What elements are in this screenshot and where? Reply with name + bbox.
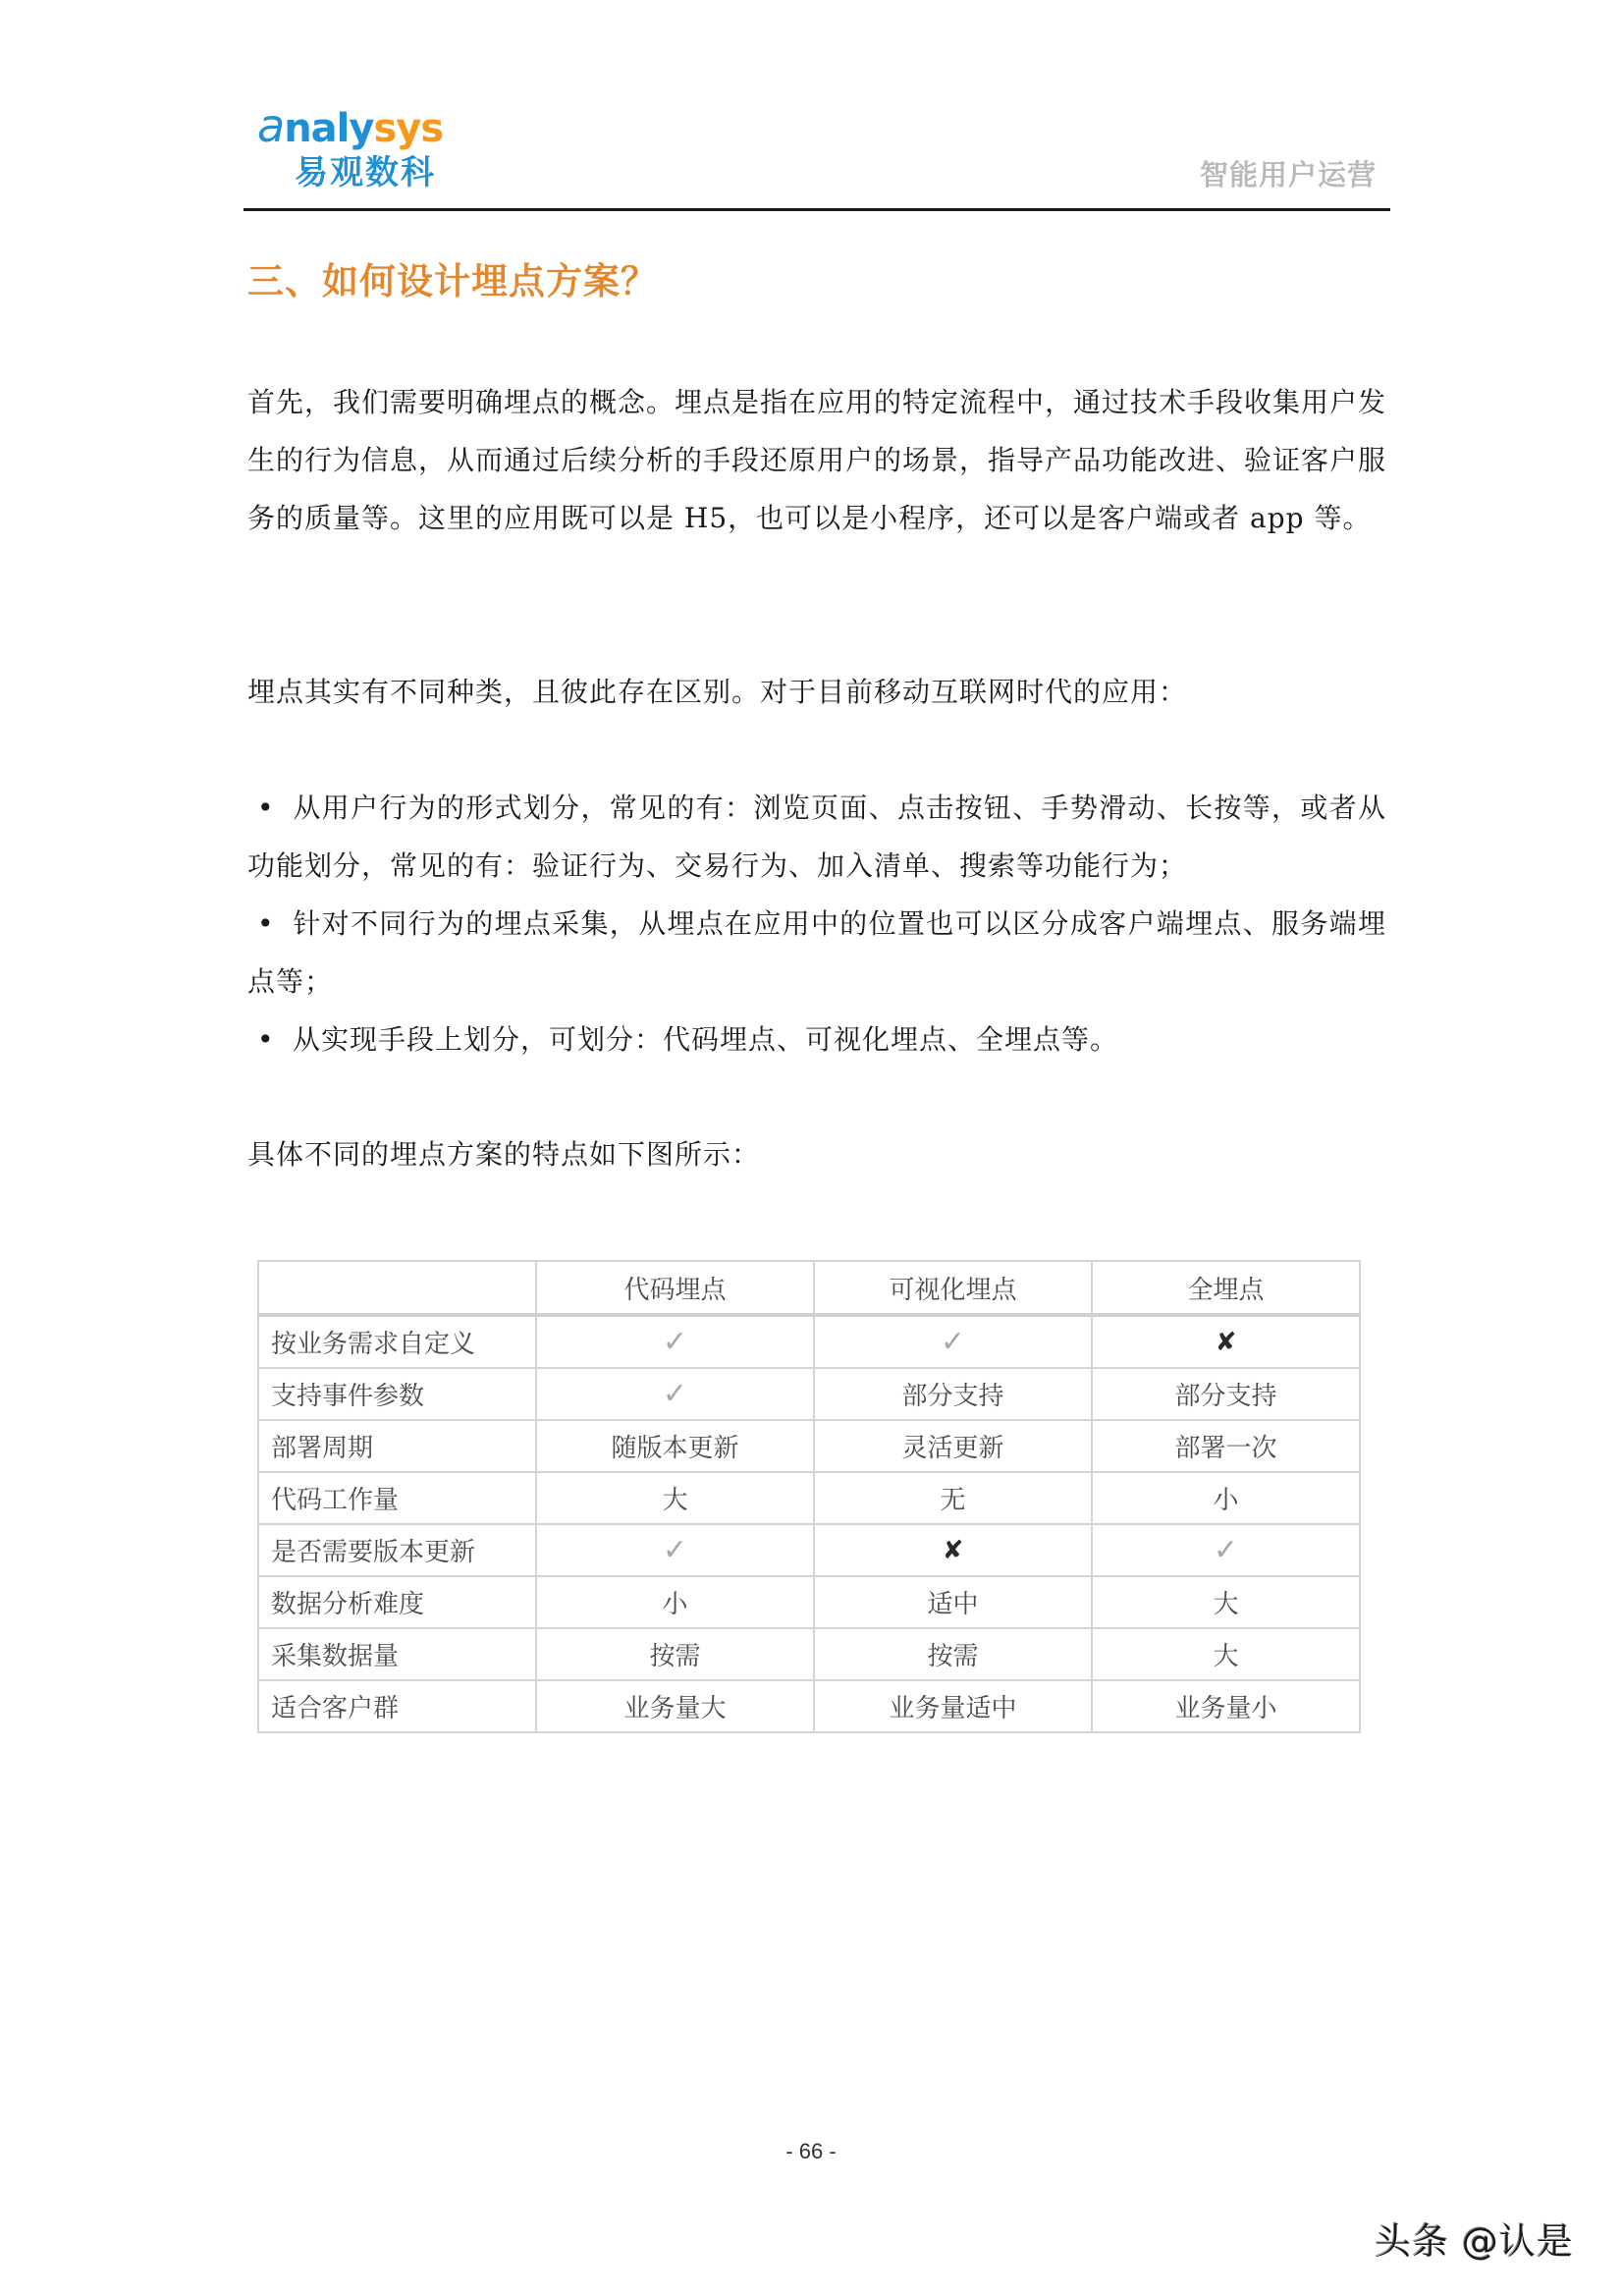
cross-icon: ✘ [1216, 1328, 1237, 1357]
logo-chinese-name: 易观数科 [295, 153, 436, 192]
logo-swoosh-a: a [257, 99, 284, 152]
page-header: analysys 易观数科 智能用户运营 [243, 94, 1390, 212]
table-row: 支持事件参数 ✓ 部分支持 部分支持 [258, 1368, 1360, 1420]
list-item-text: 从实现手段上划分，可划分：代码埋点、可视化埋点、全埋点等。 [293, 1023, 1118, 1056]
logo-wordmark-orange: sys [373, 106, 443, 151]
table-cell: ✓ [536, 1368, 814, 1420]
table-row: 采集数据量 按需 按需 大 [258, 1628, 1360, 1680]
check-icon: ✓ [663, 1377, 687, 1411]
table-cell: 部分支持 [1092, 1368, 1360, 1420]
table-row: 部署周期 随版本更新 灵活更新 部署一次 [258, 1420, 1360, 1472]
table-cell: 按需 [814, 1628, 1092, 1680]
table-cell: 小 [1092, 1472, 1360, 1524]
table-header-row: 代码埋点 可视化埋点 全埋点 [258, 1261, 1360, 1315]
table-row: 代码工作量 大 无 小 [258, 1472, 1360, 1524]
table-cell: ✓ [536, 1524, 814, 1576]
analysys-logo: analysys 易观数科 [257, 102, 454, 204]
table-cell: 按需 [536, 1628, 814, 1680]
cross-icon: ✘ [943, 1536, 964, 1565]
page-number: - 66 - [0, 2139, 1622, 2164]
table-cell: 部署一次 [1092, 1420, 1360, 1472]
column-header-empty [258, 1261, 536, 1315]
tracking-comparison-table: 代码埋点 可视化埋点 全埋点 按业务需求自定义 ✓ ✓ ✘ 支持事件参数 ✓ 部… [257, 1260, 1361, 1733]
source-watermark: 头条 @认是 [1375, 2212, 1574, 2265]
bullet-icon: • [247, 895, 293, 953]
table-cell: 适中 [814, 1576, 1092, 1628]
list-item: •针对不同行为的埋点采集，从埋点在应用中的位置也可以区分成客户端埋点、服务端埋点… [247, 895, 1386, 1011]
table-row: 是否需要版本更新 ✓ ✘ ✓ [258, 1524, 1360, 1576]
table-row: 按业务需求自定义 ✓ ✓ ✘ [258, 1315, 1360, 1368]
table-cell: ✘ [814, 1524, 1092, 1576]
column-header-visual-tracking: 可视化埋点 [814, 1261, 1092, 1315]
table-cell: 业务量小 [1092, 1680, 1360, 1732]
table-cell: 小 [536, 1576, 814, 1628]
table-cell: 大 [536, 1472, 814, 1524]
row-label: 支持事件参数 [258, 1368, 536, 1420]
logo-wordmark: analysys [257, 102, 443, 152]
section-title: 三、如何设计埋点方案？ [247, 257, 658, 306]
table-cell: 随版本更新 [536, 1420, 814, 1472]
table-cell: 大 [1092, 1576, 1360, 1628]
row-label: 采集数据量 [258, 1628, 536, 1680]
table-cell: 业务量适中 [814, 1680, 1092, 1732]
row-label: 是否需要版本更新 [258, 1524, 536, 1576]
row-label: 适合客户群 [258, 1680, 536, 1732]
row-label: 代码工作量 [258, 1472, 536, 1524]
list-item-text: 针对不同行为的埋点采集，从埋点在应用中的位置也可以区分成客户端埋点、服务端埋点等… [247, 907, 1386, 998]
bullet-icon: • [247, 1011, 293, 1068]
table-cell: 部分支持 [814, 1368, 1092, 1420]
table-intro-paragraph: 具体不同的埋点方案的特点如下图所示： [247, 1125, 1386, 1183]
list-item: •从用户行为的形式划分，常见的有：浏览页面、点击按钮、手势滑动、长按等，或者从功… [247, 779, 1386, 895]
table-row: 数据分析难度 小 适中 大 [258, 1576, 1360, 1628]
table-cell: 灵活更新 [814, 1420, 1092, 1472]
table-cell: ✓ [1092, 1524, 1360, 1576]
logo-wordmark-blue: naly [284, 106, 373, 151]
column-header-code-tracking: 代码埋点 [536, 1261, 814, 1315]
list-item: •从实现手段上划分，可划分：代码埋点、可视化埋点、全埋点等。 [247, 1011, 1386, 1068]
header-divider [243, 208, 1390, 211]
check-icon: ✓ [663, 1325, 687, 1359]
check-icon: ✓ [663, 1533, 687, 1567]
row-label: 数据分析难度 [258, 1576, 536, 1628]
check-icon: ✓ [1214, 1533, 1238, 1567]
table-cell: ✘ [1092, 1315, 1360, 1368]
row-label: 按业务需求自定义 [258, 1315, 536, 1368]
table-cell: 大 [1092, 1628, 1360, 1680]
table-row: 适合客户群 业务量大 业务量适中 业务量小 [258, 1680, 1360, 1732]
column-header-full-tracking: 全埋点 [1092, 1261, 1360, 1315]
table-cell: ✓ [536, 1315, 814, 1368]
check-icon: ✓ [941, 1325, 965, 1359]
table-cell: ✓ [814, 1315, 1092, 1368]
header-section-label: 智能用户运营 [1200, 153, 1377, 193]
row-label: 部署周期 [258, 1420, 536, 1472]
tracking-types-list: •从用户行为的形式划分，常见的有：浏览页面、点击按钮、手势滑动、长按等，或者从功… [247, 779, 1386, 1068]
types-intro-paragraph: 埋点其实有不同种类，且彼此存在区别。对于目前移动互联网时代的应用： [247, 663, 1386, 721]
bullet-icon: • [247, 779, 293, 837]
table-cell: 业务量大 [536, 1680, 814, 1732]
intro-paragraph: 首先，我们需要明确埋点的概念。埋点是指在应用的特定流程中，通过技术手段收集用户发… [247, 373, 1386, 547]
table-cell: 无 [814, 1472, 1092, 1524]
list-item-text: 从用户行为的形式划分，常见的有：浏览页面、点击按钮、手势滑动、长按等，或者从功能… [247, 792, 1386, 882]
